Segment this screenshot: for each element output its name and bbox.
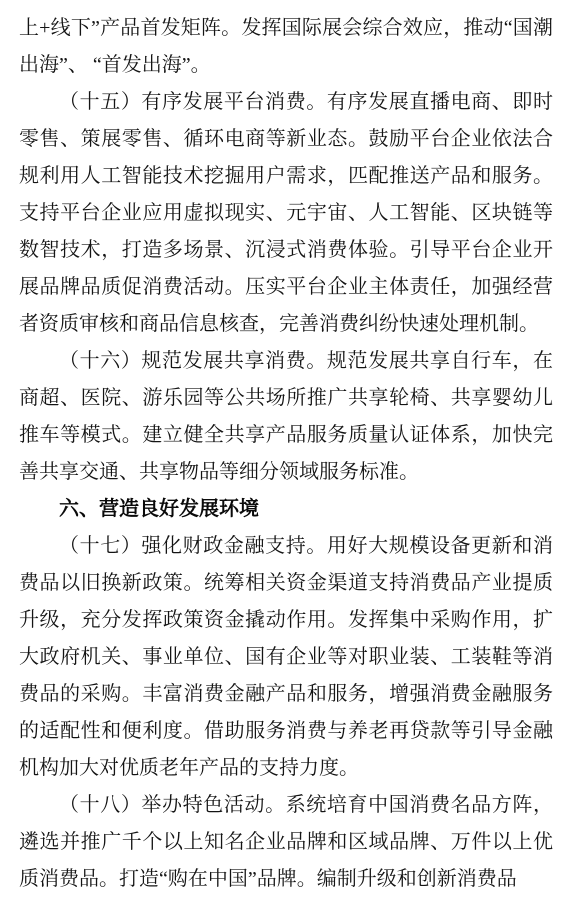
paragraph-item-16: （十六）规范发展共享消费。规范发展共享自行车，在商超、医院、游乐园等公共场所推广…: [19, 343, 553, 491]
document-page: 上+线下”产品首发矩阵。发挥国际展会综合效应，推动“国潮出海”、 “首发出海”。…: [0, 0, 567, 909]
section-heading-6: 六、营造良好发展环境: [19, 491, 553, 528]
paragraph-item-15: （十五）有序发展平台消费。有序发展直播电商、即时零售、策展零售、循环电商等新业态…: [19, 84, 553, 343]
paragraph-continuation: 上+线下”产品首发矩阵。发挥国际展会综合效应，推动“国潮出海”、 “首发出海”。: [19, 10, 553, 84]
paragraph-item-18: （十八）举办特色活动。系统培育中国消费名品方阵，遴选并推广千个以上知名企业品牌和…: [19, 787, 553, 898]
paragraph-item-17: （十七）强化财政金融支持。用好大规模设备更新和消费品以旧换新政策。统筹相关资金渠…: [19, 528, 553, 787]
